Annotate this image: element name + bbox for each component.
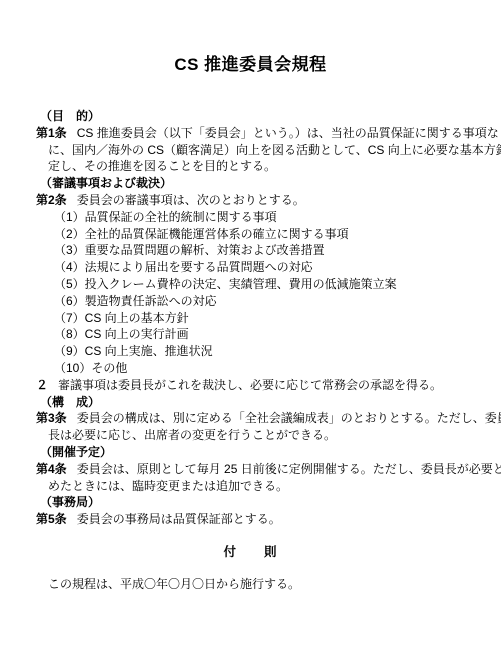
article-3-number: 第3条 xyxy=(36,411,67,425)
list-item-2: （2）全社的品質保証機能運営体系の確立に関する事項 xyxy=(0,226,501,243)
section-heading-secretariat: （事務局） xyxy=(0,494,501,511)
list-item-8: （8）CS 向上の実行計画 xyxy=(0,326,501,343)
article-5-text: 委員会の事務局は品質保証部とする。 xyxy=(77,512,281,526)
paragraph-2-number: ２ xyxy=(36,378,48,392)
document-title: CS 推進委員会規程 xyxy=(0,55,501,75)
article-3-text: 委員会の構成は、別に定める「全社会議編成表」のとおりとする。ただし、委員 xyxy=(77,411,501,425)
article-1-text-cont-1: に、国内／海外の CS（顧客満足）向上を図る活動として、CS 向上に必要な基本方… xyxy=(0,142,501,159)
list-item-5: （5）投入クレーム費枠の決定、実績管理、費用の低減施策立案 xyxy=(0,276,501,293)
article-1: 第1条CS 推進委員会（以下「委員会」という。）は、当社の品質保証に関する事項な… xyxy=(0,125,501,142)
list-item-10: （10）その他 xyxy=(0,360,501,377)
list-item-3: （3）重要な品質問題の解析、対策および改善措置 xyxy=(0,242,501,259)
article-5-number: 第5条 xyxy=(36,512,67,526)
article-1-text: CS 推進委員会（以下「委員会」という。）は、当社の品質保証に関する事項ならび xyxy=(77,126,501,140)
supplement-heading: 付 則 xyxy=(0,542,501,560)
section-heading-schedule: （開催予定） xyxy=(0,444,501,461)
list-item-4: （4）法規により届出を要する品質問題への対応 xyxy=(0,259,501,276)
article-4-text: 委員会は、原則として毎月 25 日前後に定例開催する。ただし、委員長が必要と認 xyxy=(77,462,501,476)
document-page: CS 推進委員会規程 （目 的） 第1条CS 推進委員会（以下「委員会」という。… xyxy=(0,0,501,670)
article-3: 第3条委員会の構成は、別に定める「全社会議編成表」のとおりとする。ただし、委員 xyxy=(0,410,501,427)
article-4-text-cont-1: めたときには、臨時変更または追加できる。 xyxy=(0,478,501,495)
list-item-7: （7）CS 向上の基本方針 xyxy=(0,310,501,327)
section-heading-composition: （構 成） xyxy=(0,394,501,411)
paragraph-2-text: 審議事項は委員長がこれを裁決し、必要に応じて常務会の承認を得る。 xyxy=(58,378,442,392)
article-4: 第4条委員会は、原則として毎月 25 日前後に定例開催する。ただし、委員長が必要… xyxy=(0,461,501,478)
supplement-text: この規程は、平成〇年〇月〇日から施行する。 xyxy=(0,576,501,593)
article-2-text: 委員会の審議事項は、次のとおりとする。 xyxy=(77,193,305,207)
article-5: 第5条委員会の事務局は品質保証部とする。 xyxy=(0,511,501,528)
list-item-1: （1）品質保証の全社的統制に関する事項 xyxy=(0,209,501,226)
section-heading-purpose: （目 的） xyxy=(0,108,501,125)
article-1-number: 第1条 xyxy=(36,126,67,140)
article-3-text-cont-1: 長は必要に応じ、出席者の変更を行うことができる。 xyxy=(0,427,501,444)
article-2-number: 第2条 xyxy=(36,193,67,207)
article-2-paragraph-2: ２審議事項は委員長がこれを裁決し、必要に応じて常務会の承認を得る。 xyxy=(0,377,501,394)
list-item-6: （6）製造物責任訴訟への対応 xyxy=(0,293,501,310)
article-1-text-cont-2: 定し、その推進を図ることを目的とする。 xyxy=(0,158,501,175)
section-heading-deliberation: （審議事項および裁決） xyxy=(0,175,501,192)
article-4-number: 第4条 xyxy=(36,462,67,476)
list-item-9: （9）CS 向上実施、推進状況 xyxy=(0,343,501,360)
article-2: 第2条委員会の審議事項は、次のとおりとする。 xyxy=(0,192,501,209)
